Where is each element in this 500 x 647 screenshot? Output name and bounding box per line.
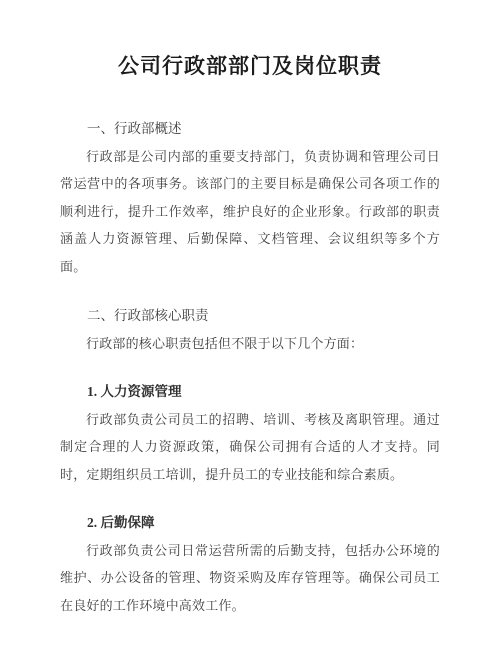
overview-paragraph: 行政部是公司内部的重要支持部门，负责协调和管理公司日常运营中的各项事务。该部门的… xyxy=(60,143,440,281)
section-heading-overview: 一、行政部概述 xyxy=(60,115,440,143)
subsection-heading-logistics-support: 2. 后勤保障 xyxy=(60,509,440,537)
core-duties-intro: 行政部的核心职责包括但不限于以下几个方面： xyxy=(60,330,440,358)
hr-management-paragraph: 行政部负责公司员工的招聘、培训、考核及离职管理。通过制定合理的人力资源政策，确保… xyxy=(60,406,440,489)
document-title: 公司行政部部门及岗位职责 xyxy=(60,52,440,82)
document-page: 公司行政部部门及岗位职责 一、行政部概述 行政部是公司内部的重要支持部门，负责协… xyxy=(0,0,500,647)
logistics-support-paragraph: 行政部负责公司日常运营所需的后勤支持，包括办公环境的维护、办公设备的管理、物资采… xyxy=(60,537,440,620)
subsection-heading-hr-management: 1. 人力资源管理 xyxy=(60,378,440,406)
section-heading-core-duties: 二、行政部核心职责 xyxy=(60,302,440,330)
